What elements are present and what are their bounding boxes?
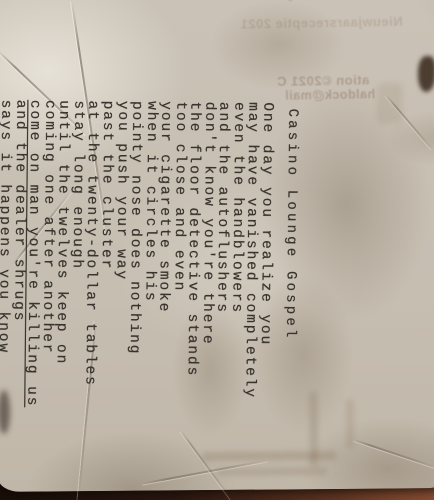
ghost-smudge <box>309 391 318 466</box>
typed-poem: Casino Lounge Gospel One day you realize… <box>0 83 302 406</box>
paper-dark-spot <box>418 56 434 92</box>
ghost-smudge <box>377 83 403 123</box>
ghost-text-receptie: Nieuwjaarsreceptie 2021 <box>240 14 403 32</box>
ghost-smudge <box>217 467 327 476</box>
poem-body: One day you realize youmay have vanished… <box>0 83 275 406</box>
ghost-smudge <box>346 399 353 449</box>
paper-crease <box>180 430 232 500</box>
poem-title: Casino Lounge Gospel <box>280 86 301 406</box>
ghost-text-design: tes Design <box>278 0 344 2</box>
photo-of-crumpled-paper: tes Design Nieuwjaarsreceptie 2021 ation… <box>0 0 434 500</box>
paper-crease <box>353 439 434 468</box>
